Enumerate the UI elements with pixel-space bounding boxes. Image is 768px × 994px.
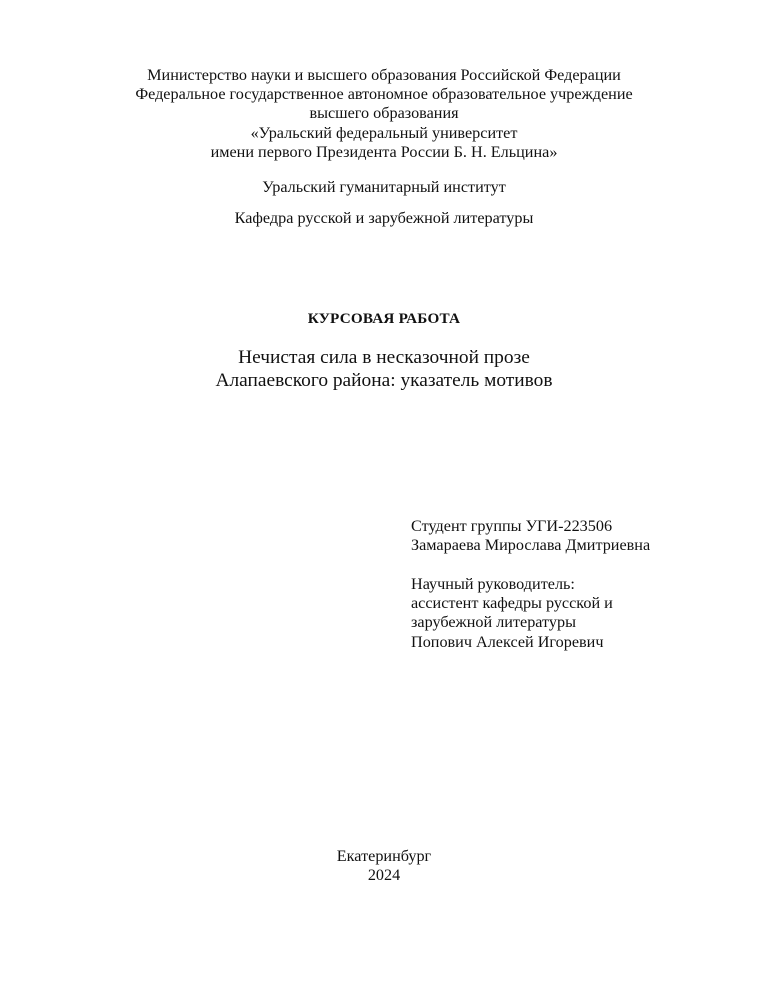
document-type: КУРСОВАЯ РАБОТА bbox=[0, 309, 768, 329]
supervisor-position-line-2: зарубежной литературы bbox=[411, 613, 741, 632]
header-line-university: «Уральский федеральный университет bbox=[0, 124, 768, 143]
department-name: Кафедра русской и зарубежной литературы bbox=[0, 208, 768, 228]
document-title: Нечистая сила в несказочной прозе Алапае… bbox=[0, 346, 768, 392]
author-info: Студент группы УГИ-223506 Замараева Миро… bbox=[411, 517, 741, 652]
institute-name: Уральский гуманитарный институт bbox=[0, 177, 768, 197]
student-name: Замараева Мирослава Дмитриевна bbox=[411, 536, 741, 555]
place-and-year: Екатеринбург 2024 bbox=[0, 847, 768, 885]
header-line-ministry: Министерство науки и высшего образования… bbox=[0, 66, 768, 85]
student-group: Студент группы УГИ-223506 bbox=[411, 517, 741, 536]
spacer bbox=[411, 555, 741, 575]
title-line-2: Алапаевского района: указатель мотивов bbox=[0, 369, 768, 392]
ministry-header: Министерство науки и высшего образования… bbox=[0, 66, 768, 162]
supervisor-position-line-1: ассистент кафедры русской и bbox=[411, 594, 741, 613]
header-line-institution-type: Федеральное государственное автономное о… bbox=[0, 85, 768, 104]
supervisor-name: Попович Алексей Игоревич bbox=[411, 633, 741, 652]
supervisor-label: Научный руководитель: bbox=[411, 575, 741, 594]
title-line-1: Нечистая сила в несказочной прозе bbox=[0, 346, 768, 369]
year: 2024 bbox=[0, 866, 768, 885]
title-page: Министерство науки и высшего образования… bbox=[0, 0, 768, 994]
header-line-university-name: имени первого Президента России Б. Н. Ел… bbox=[0, 143, 768, 162]
header-line-education-level: высшего образования bbox=[0, 104, 768, 123]
city: Екатеринбург bbox=[0, 847, 768, 866]
